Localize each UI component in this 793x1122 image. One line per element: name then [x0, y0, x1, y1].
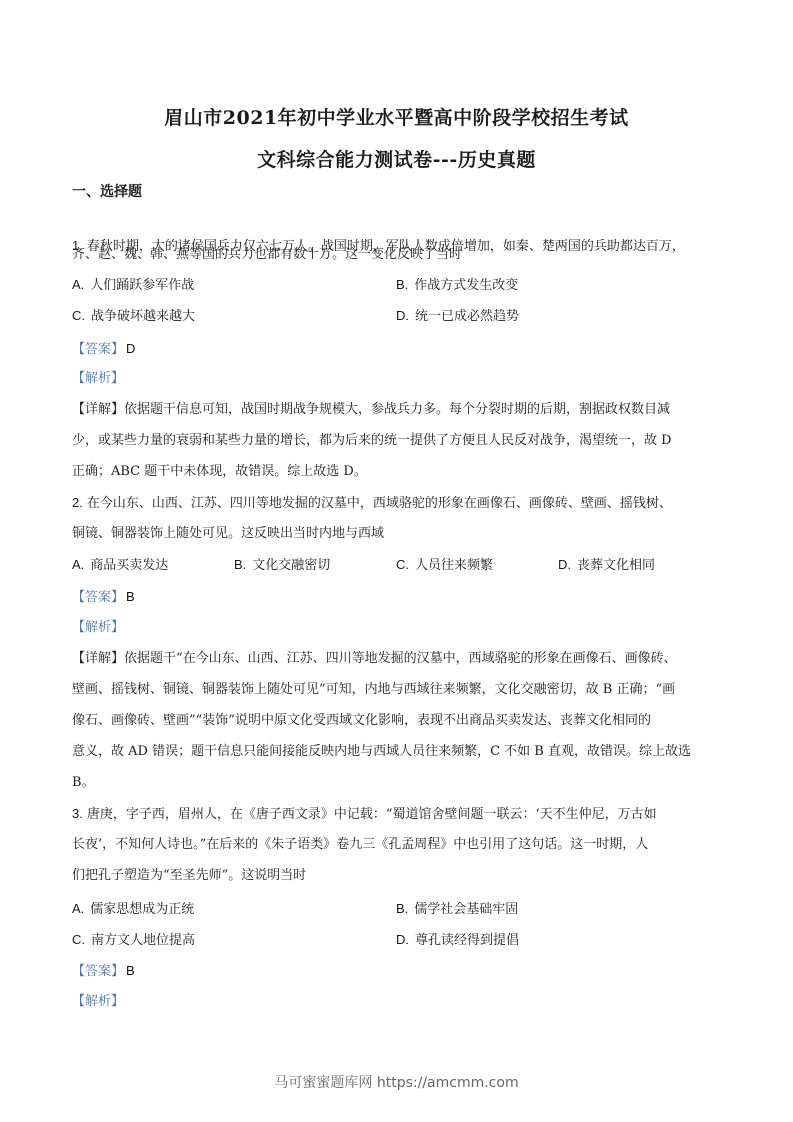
question-1-option-d: D.统一已成必然趋势 [396, 307, 519, 326]
question-2-detail-line-4: 意义，故 AD 错误；题干信息只能间接能反映内地与西域人员往来频繁，C 不如 B… [72, 743, 732, 761]
question-3-answer: 【答案】B [72, 962, 135, 981]
question-1-option-c: C.战争破坏越来越大 [72, 307, 195, 326]
question-2-stem-line-1: 2.在今山东、山西、江苏、四川等地发掘的汉墓中，西域骆驼的形象在画像石、画像砖、… [72, 494, 732, 513]
question-1-detail-line-1: 【详解】依据题干信息可知，战国时期战争规模大，参战兵力多。每个分裂时期的后期，割… [72, 401, 732, 419]
question-2-detail-line-3: 像石、画像砖、壁画”“装饰”说明中原文化受西域文化影响，表现不出商品买卖发达、丧… [72, 712, 732, 730]
question-3-stem-line-2: 长夜’，不知何人诗也。”在后来的《朱子语类》卷九三《孔孟周程》中也引用了这句话。… [72, 836, 732, 854]
question-1-answer: 【答案】D [72, 340, 135, 359]
question-2-detail-line-2: 壁画、摇钱树、铜镜、铜器装饰上随处可见”可知，内地与西域往来频繁，文化交融密切，… [72, 681, 732, 699]
question-2-analysis-label: 【解析】 [72, 619, 124, 637]
question-3-stem-line-3: 们把孔子塑造为“至圣先师”。这说明当时 [72, 867, 732, 885]
question-3-option-a: A.儒家思想成为正统 [72, 900, 194, 919]
question-3-option-d: D.尊孔读经得到提倡 [396, 931, 519, 950]
question-2-stem-line-2: 铜镜、铜器装饰上随处可见。这反映出当时内地与西域 [72, 525, 732, 543]
question-3-stem-line-1: 3.唐庚，字子西，眉州人，在《唐子西文录》中记载：“蜀道馆舍壁间题一联云：‘天不… [72, 805, 732, 824]
question-1-analysis-label: 【解析】 [72, 370, 124, 388]
question-1-option-b: B.作战方式发生改变 [396, 276, 518, 295]
footer-watermark: 马可蜜蜜题库网 https://amcmm.com [0, 1072, 793, 1092]
question-1-detail-line-3: 正确；ABC 题干中未体现，故错误。综上故选 D。 [72, 463, 732, 481]
question-3-option-c: C.南方文人地位提高 [72, 931, 195, 950]
question-2-option-a: A.商品买卖发达 [72, 556, 168, 575]
question-2-detail-line-1: 【详解】依据题干“在今山东、山西、江苏、四川等地发掘的汉墓中，西域骆驼的形象在画… [72, 650, 732, 668]
question-1-option-a: A.人们踊跃参军作战 [72, 276, 194, 295]
exam-page: 眉山市2021年初中学业水平暨高中阶段学校招生考试 文科综合能力测试卷---历史… [0, 0, 793, 1122]
page-subtitle: 文科综合能力测试卷---历史真题 [0, 145, 793, 172]
question-1-detail-line-2: 少，或某些力量的衰弱和某些力量的增长，都为后来的统一提供了方便且人民反对战争，渴… [72, 432, 732, 450]
question-2-detail-line-5: B。 [72, 774, 732, 792]
page-title: 眉山市2021年初中学业水平暨高中阶段学校招生考试 [0, 103, 793, 130]
question-3-analysis-label: 【解析】 [72, 993, 124, 1011]
question-1-stem-line-2b: 齐、赵、魏、韩、燕等国的兵力也都有数十万。这一变化反映了当时 [72, 246, 732, 264]
question-2-option-b: B.文化交融密切 [234, 556, 330, 575]
question-2-option-c: C.人员往来频繁 [396, 556, 493, 575]
question-2-answer: 【答案】B [72, 588, 135, 607]
section-heading: 一、选择题 [72, 181, 142, 201]
question-3-option-b: B.儒学社会基础牢固 [396, 900, 518, 919]
question-2-option-d: D.丧葬文化相同 [558, 556, 655, 575]
